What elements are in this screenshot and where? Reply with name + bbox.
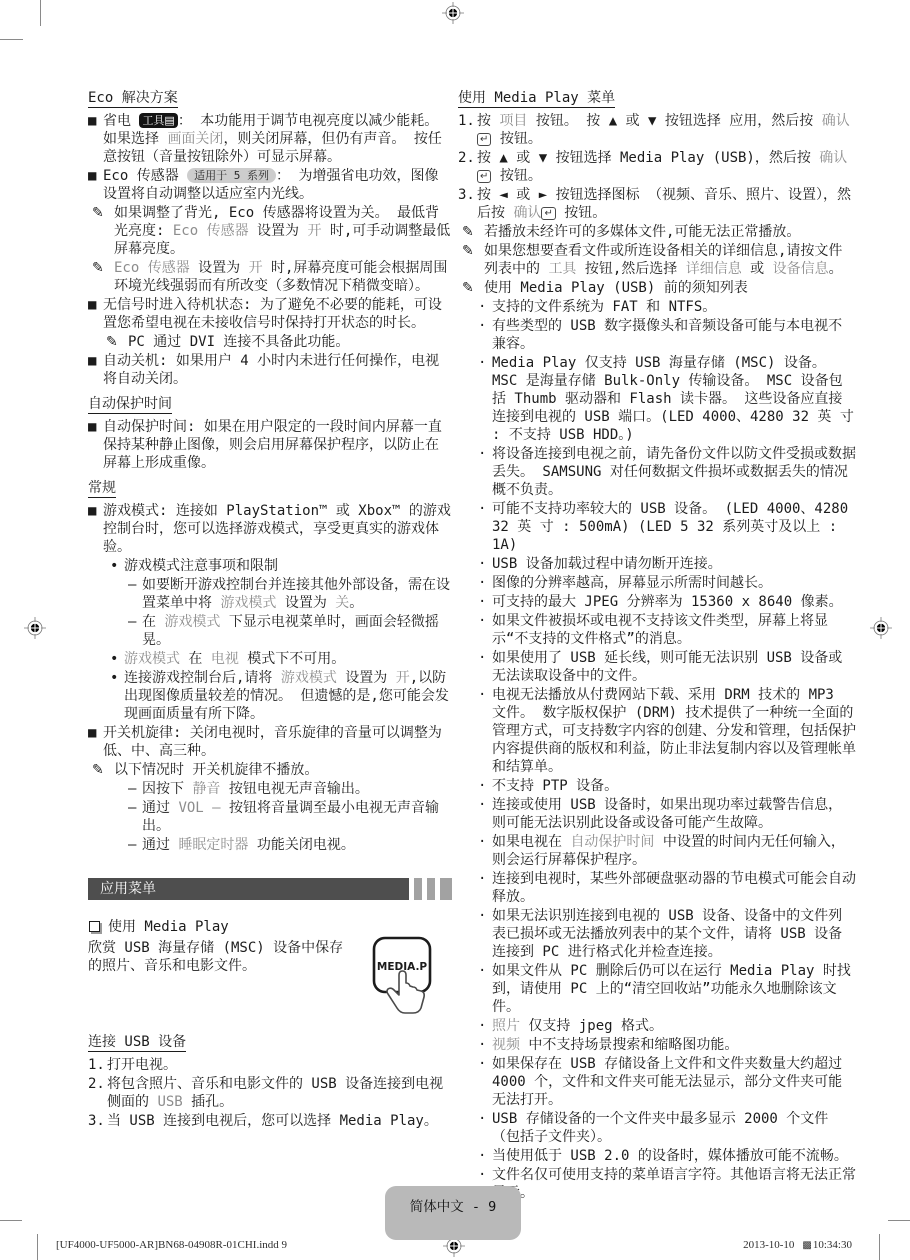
list-item: –通过 睡眠定时器 功能关闭电视。 <box>88 836 452 854</box>
pencil-note-icon: ✎ <box>462 242 484 278</box>
note-item: ✎PC 通过 DVI 连接不具备此功能。 <box>88 333 452 351</box>
list-item-text: PC 通过 DVI 连接不具备此功能。 <box>128 333 452 351</box>
body-text: 按钮,然后选择 <box>576 261 685 277</box>
section-heading: 连接 USB 设备 <box>88 1033 452 1051</box>
list-marker: – <box>128 780 142 798</box>
list-item-text: 可支持的最大 JPEG 分辨率为 15360 x 8640 像素。 <box>492 593 856 611</box>
print-footer: [UF4000-UF5000-AR]BN68-04908R-01CHI.indd… <box>0 1236 910 1256</box>
open-square-bullet-icon <box>88 918 108 937</box>
body-text: 使用 Media Play (USB) 前的须知列表 <box>484 280 748 296</box>
body-text: 无信号时进入待机状态: 为了避免不必要的能耗，可设置您希望电视在未接收信号时保持… <box>103 297 442 331</box>
list-item: –通过 VOL – 按钮将音量调至最小电视无声音输出。 <box>88 799 452 835</box>
list-item: ·如果保存在 USB 存储设备上文件和文件夹数量大约超过 4000 个，文件和文… <box>458 1055 856 1109</box>
list-item-text: 按 ◄ 或 ► 按钮选择图标 （视频、音乐、照片、设置），然后按 确认↵ 按钮。 <box>477 186 856 222</box>
list-item-text: 按 ▲ 或 ▼ 按钮选择 Media Play (USB)，然后按 确认↵ 按钮… <box>477 149 856 185</box>
registration-mark-icon <box>24 617 46 639</box>
body-text: 按钮。 <box>556 205 606 221</box>
body-text: 开关机旋律: 关闭电视时，音乐旋律的音量可以调整为低、中、高三种。 <box>103 725 442 759</box>
list-item-text: 如果使用了 USB 延长线，则可能无法识别 USB 设备或无法读取设备中的文件。 <box>492 649 856 685</box>
list-marker: – <box>128 613 142 649</box>
body-text: 当使用低于 USB 2.0 的设备时，媒体播放可能不流畅。 <box>492 1148 848 1164</box>
menu-term: 画面关闭 <box>167 131 223 147</box>
print-mark-icon: ▩ <box>802 1240 811 1251</box>
list-item-text: 不支持 PTP 设备。 <box>492 777 856 795</box>
list-item: ·有些类型的 USB 数字摄像头和音频设备可能与本电视不兼容。 <box>458 317 856 353</box>
menu-term: 开 <box>249 260 263 276</box>
footer-time: 10:34:30 <box>813 1239 852 1251</box>
section-bar: 应用菜单 <box>88 878 452 900</box>
menu-term: 开 <box>396 670 410 686</box>
list-item-text: 连接到电视时，某些外部硬盘驱动器的节电模式可能会自动释放。 <box>492 870 856 906</box>
body-text: 如果电视在 <box>492 834 570 850</box>
list-item: 2.将包含照片、音乐和电影文件的 USB 设备连接到电视侧面的 USB 插孔。 <box>88 1075 452 1111</box>
list-marker: · <box>478 1017 492 1035</box>
section-heading-label: 常规 <box>88 480 116 498</box>
series-applicability-badge: 适用于 5 系列 <box>187 168 276 183</box>
note-item: ✎如果您想要查看文件或所连设备相关的详细信息,请按文件列表中的 工具 按钮,然后… <box>458 242 856 278</box>
list-item-text: USB 设备加载过程中请勿断开连接。 <box>492 555 856 573</box>
footer-filename: [UF4000-UF5000-AR]BN68-04908R-01CHI.indd… <box>56 1239 287 1251</box>
body-text: 或 <box>742 261 773 277</box>
menu-term: 确认 <box>819 150 847 166</box>
list-item-text: 在 游戏模式 下显示电视菜单时，画面会轻微摇晃。 <box>142 613 452 649</box>
body-text: 游戏模式注意事项和限制 <box>124 558 278 574</box>
pencil-note-icon: ✎ <box>92 259 114 295</box>
body-text: 若播放未经许可的多媒体文件,可能无法正常播放。 <box>484 224 800 240</box>
list-item-text: 将设备连接到电视之前，请先备份文件以防文件受损或数据丢失。 SAMSUNG 对任… <box>492 445 856 499</box>
body-text: 中不支持场景搜索和缩略图功能。 <box>520 1037 738 1053</box>
menu-term: 照片 <box>492 1018 520 1034</box>
body-text: 如果保存在 USB 存储设备上文件和文件夹数量大约超过 4000 个，文件和文件… <box>492 1056 842 1108</box>
page-body: Eco 解决方案■省电 工具▤： 本功能用于调节电视亮度以减少能耗。 如果选择 … <box>88 82 856 1203</box>
list-item: ·可能不支持功率较大的 USB 设备。 (LED 4000、4280 32 英 … <box>458 500 856 554</box>
body-text: 如果无法识别连接到电视的 USB 设备、设备中的文件列表已损坏或无法播放列表中的… <box>492 908 842 960</box>
list-item: ·Media Play 仅支持 USB 海量存储 (MSC) 设备。 MSC 是… <box>458 354 856 444</box>
list-item: ·如果文件被损坏或电视不支持该文件类型，屏幕上将显示“不支持的文件格式”的消息。 <box>458 612 856 648</box>
body-text: 支持的文件系统为 FAT 和 NTFS。 <box>492 299 716 315</box>
list-item-text: Eco 传感器 适用于 5 系列： 为增强省电功效，图像设置将自动调整以适应室内… <box>103 167 452 203</box>
enter-key-icon: ↵ <box>477 133 491 146</box>
list-item: ·如果电视在 自动保护时间 中设置的时间内无任何输入，则会运行屏幕保护程序。 <box>458 833 856 869</box>
list-item-text: 游戏模式: 连接如 PlayStation™ 或 Xbox™ 的游戏控制台时，您… <box>103 502 452 556</box>
footer-date: 2013-10-10 <box>743 1239 794 1251</box>
list-marker: · <box>478 686 492 776</box>
list-item: ·如果无法识别连接到电视的 USB 设备、设备中的文件列表已损坏或无法播放列表中… <box>458 907 856 961</box>
pencil-note-icon: ✎ <box>92 204 114 258</box>
list-item: 3.当 USB 连接到电视后，您可以选择 Media Play。 <box>88 1112 452 1130</box>
section-heading: 使用 Media Play 菜单 <box>458 89 856 107</box>
manual-page: Eco 解决方案■省电 工具▤： 本功能用于调节电视亮度以减少能耗。 如果选择 … <box>0 0 910 1260</box>
enter-key-icon: ↵ <box>477 170 491 183</box>
list-item: ·连接或使用 USB 设备时，如果出现功率过载警告信息，则可能无法识别此设备或设… <box>458 796 856 832</box>
list-item-text: 自动关机: 如果用户 4 小时内未进行任何操作，电视将自动关闭。 <box>103 352 452 388</box>
body-text: 。 <box>349 595 363 611</box>
body-text: 仅支持 jpeg 格式。 <box>520 1018 663 1034</box>
body-text: 按 <box>477 113 499 129</box>
list-item-text: 游戏模式注意事项和限制 <box>124 557 452 575</box>
list-item-text: 如果保存在 USB 存储设备上文件和文件夹数量大约超过 4000 个，文件和文件… <box>492 1055 856 1109</box>
menu-term: 游戏模式 <box>281 670 337 686</box>
list-marker: – <box>128 799 142 835</box>
section-heading: 自动保护时间 <box>88 395 452 413</box>
list-item: ·如果文件从 PC 删除后仍可以在运行 Media Play 时找到，请使用 P… <box>458 962 856 1016</box>
media-play-button-graphic: MEDIA.P <box>366 935 444 1025</box>
body-text: 功能关闭电视。 <box>248 837 354 853</box>
list-marker: · <box>478 317 492 353</box>
tools-key-badge: 工具▤ <box>139 113 177 128</box>
list-marker: · <box>478 649 492 685</box>
menu-term: Eco 传感器 <box>114 260 190 276</box>
list-item-text: 以下情况时 开关机旋律不播放。 <box>114 761 452 779</box>
body-text: 通过 <box>142 800 178 816</box>
list-item-text: 连接或使用 USB 设备时，如果出现功率过载警告信息，则可能无法识别此设备或设备… <box>492 796 856 832</box>
list-item: 3.按 ◄ 或 ► 按钮选择图标 （视频、音乐、照片、设置），然后按 确认↵ 按… <box>458 186 856 222</box>
section-heading: Eco 解决方案 <box>88 89 452 107</box>
list-marker: · <box>478 354 492 444</box>
body-text: 在 <box>142 614 164 630</box>
list-item-text: 电视无法播放从付费网站下载、采用 DRM 技术的 MP3 文件。 数字版权保护 … <box>492 686 856 776</box>
menu-term: 视频 <box>492 1037 520 1053</box>
menu-term: 电视 <box>211 651 239 667</box>
body-text: 模式下不可用。 <box>239 651 345 667</box>
crop-mark <box>0 39 23 40</box>
list-item: ■省电 工具▤： 本功能用于调节电视亮度以减少能耗。 如果选择 画面关闭，则关闭… <box>88 112 452 166</box>
body-text: USB 存储设备的一个文件夹中最多显示 2000 个文件（包括子文件夹）。 <box>492 1111 828 1145</box>
body-text: 当 USB 连接到电视后，您可以选择 Media Play。 <box>107 1113 438 1129</box>
list-marker: ■ <box>88 418 103 472</box>
section-heading-label: 使用 Media Play 菜单 <box>458 90 615 108</box>
body-text: 按钮。 按 ▲ 或 ▼ 按钮选择 应用，然后按 <box>527 113 821 129</box>
list-item-text: Eco 传感器 设置为 开 时,屏幕亮度可能会根据周围环境光线强弱而有所改变（多… <box>114 259 452 295</box>
list-marker: • <box>110 557 124 575</box>
list-marker: · <box>478 1055 492 1109</box>
list-item: ■Eco 传感器 适用于 5 系列： 为增强省电功效，图像设置将自动调整以适应室… <box>88 167 452 203</box>
list-item-text: 当使用低于 USB 2.0 的设备时，媒体播放可能不流畅。 <box>492 1147 856 1165</box>
list-marker: 3. <box>88 1112 107 1130</box>
list-marker: ■ <box>88 352 103 388</box>
menu-term: 关 <box>335 595 349 611</box>
list-item: ·可支持的最大 JPEG 分辨率为 15360 x 8640 像素。 <box>458 593 856 611</box>
body-text: 通过 <box>142 837 178 853</box>
list-marker: · <box>478 612 492 648</box>
list-item-text: 如果文件从 PC 删除后仍可以在运行 Media Play 时找到，请使用 PC… <box>492 962 856 1016</box>
list-marker: 2. <box>458 149 477 185</box>
list-marker: · <box>478 298 492 316</box>
section-bar-stripe <box>440 878 452 900</box>
list-marker: · <box>478 574 492 592</box>
list-item: ·图像的分辨率越高，屏幕显示所需时间越长。 <box>458 574 856 592</box>
list-item-text: 连接游戏控制台后,请将 游戏模式 设置为 开,以防出现图像质量较差的情况。 但遗… <box>124 669 452 723</box>
list-item: 1.按 项目 按钮。 按 ▲ 或 ▼ 按钮选择 应用，然后按 确认↵ 按钮。 <box>458 112 856 148</box>
body-text: 按 ▲ 或 ▼ 按钮选择 Media Play (USB)，然后按 <box>477 150 819 166</box>
list-item: ·支持的文件系统为 FAT 和 NTFS。 <box>458 298 856 316</box>
menu-term: Eco 传感器 <box>173 223 249 239</box>
body-text: 自动关机: 如果用户 4 小时内未进行任何操作，电视将自动关闭。 <box>103 353 439 387</box>
section-bar-stripe <box>414 878 422 900</box>
body-text: 设置为 <box>249 223 308 239</box>
list-item: ·照片 仅支持 jpeg 格式。 <box>458 1017 856 1035</box>
list-item: ·不支持 PTP 设备。 <box>458 777 856 795</box>
pencil-note-icon: ✎ <box>92 761 114 779</box>
list-marker: – <box>128 836 142 854</box>
list-item-text: 游戏模式 在 电视 模式下不可用。 <box>124 650 452 668</box>
section-bar-label: 应用菜单 <box>88 878 409 900</box>
list-item: 2.按 ▲ 或 ▼ 按钮选择 Media Play (USB)，然后按 确认↵ … <box>458 149 856 185</box>
body-text: 图像的分辨率越高，屏幕显示所需时间越长。 <box>492 575 772 591</box>
list-marker: ■ <box>88 112 103 166</box>
body-text: 如果使用了 USB 延长线，则可能无法识别 USB 设备或无法读取设备中的文件。 <box>492 650 842 684</box>
list-item: •游戏模式注意事项和限制 <box>88 557 452 575</box>
crop-mark <box>888 1220 910 1221</box>
list-marker: • <box>110 669 124 723</box>
list-item: •游戏模式 在 电视 模式下不可用。 <box>88 650 452 668</box>
menu-term: 确认 <box>822 113 850 129</box>
list-item: ■自动关机: 如果用户 4 小时内未进行任何操作，电视将自动关闭。 <box>88 352 452 388</box>
body-text: 设置为 <box>190 260 249 276</box>
body-text: 因按下 <box>142 781 192 797</box>
list-item: ·连接到电视时，某些外部硬盘驱动器的节电模式可能会自动释放。 <box>458 870 856 906</box>
list-marker: 1. <box>458 112 477 148</box>
list-item-text: 无信号时进入待机状态: 为了避免不必要的能耗，可设置您希望电视在未接收信号时保持… <box>103 296 452 332</box>
list-item-text: 当 USB 连接到电视后，您可以选择 Media Play。 <box>107 1112 452 1130</box>
list-marker: ■ <box>88 502 103 556</box>
list-marker: · <box>478 907 492 961</box>
body-text: PC 通过 DVI 连接不具备此功能。 <box>128 334 349 350</box>
list-item-text: 图像的分辨率越高，屏幕显示所需时间越长。 <box>492 574 856 592</box>
body-text: 使用 Media Play <box>108 919 229 935</box>
body-text: 插孔。 <box>183 1094 233 1110</box>
list-marker: • <box>110 650 124 668</box>
section-heading: 常规 <box>88 479 452 497</box>
menu-term: 睡眠定时器 <box>178 837 248 853</box>
list-marker: · <box>478 445 492 499</box>
body-text: 省电 <box>103 113 139 129</box>
body-text: 连接到电视时，某些外部硬盘驱动器的节电模式可能会自动释放。 <box>492 871 856 905</box>
body-text: 有些类型的 USB 数字摄像头和音频设备可能与本电视不兼容。 <box>492 318 842 352</box>
body-text: 设置为 <box>337 670 396 686</box>
body-text: 可能不支持功率较大的 USB 设备。 (LED 4000、4280 32 英 寸… <box>492 501 848 553</box>
body-text: 游戏模式: 连接如 PlayStation™ 或 Xbox™ 的游戏控制台时，您… <box>103 503 451 555</box>
list-item-text: 有些类型的 USB 数字摄像头和音频设备可能与本电视不兼容。 <box>492 317 856 353</box>
list-item: –在 游戏模式 下显示电视菜单时，画面会轻微摇晃。 <box>88 613 452 649</box>
body-text: 如果文件被损坏或电视不支持该文件类型，屏幕上将显示“不支持的文件格式”的消息。 <box>492 613 828 647</box>
list-item: ·如果使用了 USB 延长线，则可能无法识别 USB 设备或无法读取设备中的文件… <box>458 649 856 685</box>
list-marker: 1. <box>88 1056 107 1074</box>
list-item-text: 若播放未经许可的多媒体文件,可能无法正常播放。 <box>484 223 856 241</box>
registration-mark-icon <box>442 2 464 24</box>
list-item-text: 如果您想要查看文件或所连设备相关的详细信息,请按文件列表中的 工具 按钮,然后选… <box>484 242 856 278</box>
list-item-text: 如果无法识别连接到电视的 USB 设备、设备中的文件列表已损坏或无法播放列表中的… <box>492 907 856 961</box>
menu-term: 游戏模式 <box>124 651 180 667</box>
list-marker: – <box>128 576 142 612</box>
menu-term: 自动保护时间 <box>570 834 654 850</box>
list-marker: · <box>478 555 492 573</box>
list-item: ·视频 中不支持场景搜索和缩略图功能。 <box>458 1036 856 1054</box>
body-text: 不支持 PTP 设备。 <box>492 778 618 794</box>
section-bar-stripe <box>427 878 435 900</box>
body-text: 按钮电视无声音输出。 <box>220 781 368 797</box>
list-item-text: 因按下 静音 按钮电视无声音输出。 <box>142 780 452 798</box>
menu-term: 静音 <box>192 781 220 797</box>
list-item-text: 自动保护时间: 如果在用户限定的一段时间内屏幕一直保持某种静止图像，则会启用屏幕… <box>103 418 452 472</box>
body-text: 。 <box>829 261 843 277</box>
note-item: ✎若播放未经许可的多媒体文件,可能无法正常播放。 <box>458 223 856 241</box>
section-heading-label: Eco 解决方案 <box>88 90 178 108</box>
body-text: 欣赏 USB 海量存储 (MSC) 设备中保存的照片、音乐和电影文件。 <box>88 940 343 974</box>
note-item: ✎如果调整了背光, Eco 传感器将设置为关。 最低背光亮度: Eco 传感器 … <box>88 204 452 258</box>
list-marker: · <box>478 1036 492 1054</box>
list-item-text: 如果文件被损坏或电视不支持该文件类型，屏幕上将显示“不支持的文件格式”的消息。 <box>492 612 856 648</box>
list-item: ■开关机旋律: 关闭电视时，音乐旋律的音量可以调整为低、中、高三种。 <box>88 724 452 760</box>
body-text: 电视无法播放从付费网站下载、采用 DRM 技术的 MP3 文件。 数字版权保护 … <box>492 687 856 775</box>
list-item-text: 如果调整了背光, Eco 传感器将设置为关。 最低背光亮度: Eco 传感器 设… <box>114 204 452 258</box>
list-item: –如要断开游戏控制台并连接其他外部设备，需在设置菜单中将 游戏模式 设置为 关。 <box>88 576 452 612</box>
body-text: Media Play 仅支持 USB 海量存储 (MSC) 设备。 MSC 是海… <box>492 355 854 443</box>
list-item: ·将设备连接到电视之前，请先备份文件以防文件受损或数据丢失。 SAMSUNG 对… <box>458 445 856 499</box>
list-item: ·USB 设备加载过程中请勿断开连接。 <box>458 555 856 573</box>
list-marker: · <box>478 870 492 906</box>
menu-term: 项目 <box>499 113 527 129</box>
registration-mark-icon <box>870 617 892 639</box>
list-item-text: 通过 VOL – 按钮将音量调至最小电视无声音输出。 <box>142 799 452 835</box>
list-item-text: 照片 仅支持 jpeg 格式。 <box>492 1017 856 1035</box>
list-item-text: 支持的文件系统为 FAT 和 NTFS。 <box>492 298 856 316</box>
body-text: USB 设备加载过程中请勿断开连接。 <box>492 556 722 572</box>
enter-key-icon: ↵ <box>541 207 555 220</box>
menu-term: 工具 <box>548 261 576 277</box>
note-item: ✎以下情况时 开关机旋律不播放。 <box>88 761 452 779</box>
list-item-text: USB 存储设备的一个文件夹中最多显示 2000 个文件（包括子文件夹）。 <box>492 1110 856 1146</box>
list-item-text: 打开电视。 <box>107 1056 452 1074</box>
list-item: ■游戏模式: 连接如 PlayStation™ 或 Xbox™ 的游戏控制台时，… <box>88 502 452 556</box>
list-item-text: 如要断开游戏控制台并连接其他外部设备，需在设置菜单中将 游戏模式 设置为 关。 <box>142 576 452 612</box>
list-marker: · <box>478 1147 492 1165</box>
list-item-text: 将包含照片、音乐和电影文件的 USB 设备连接到电视侧面的 USB 插孔。 <box>107 1075 452 1111</box>
body-text: 将设备连接到电视之前，请先备份文件以防文件受损或数据丢失。 SAMSUNG 对任… <box>492 446 856 498</box>
body-text: 打开电视。 <box>107 1057 177 1073</box>
list-item-text: 按 项目 按钮。 按 ▲ 或 ▼ 按钮选择 应用，然后按 确认↵ 按钮。 <box>477 112 856 148</box>
media-play-intro-text: 欣赏 USB 海量存储 (MSC) 设备中保存的照片、音乐和电影文件。 <box>88 939 356 1025</box>
body-text: Eco 传感器 <box>103 168 187 184</box>
media-play-intro: 欣赏 USB 海量存储 (MSC) 设备中保存的照片、音乐和电影文件。 MEDI… <box>88 939 452 1025</box>
list-marker: · <box>478 593 492 611</box>
list-item: ■无信号时进入待机状态: 为了避免不必要的能耗，可设置您希望电视在未接收信号时保… <box>88 296 452 332</box>
pencil-note-icon: ✎ <box>462 279 484 297</box>
body-text: 按钮。 <box>491 168 541 184</box>
list-item-text: 开关机旋律: 关闭电视时，音乐旋律的音量可以调整为低、中、高三种。 <box>103 724 452 760</box>
list-item-text: Media Play 仅支持 USB 海量存储 (MSC) 设备。 MSC 是海… <box>492 354 856 444</box>
page-number-label: 简体中文 - 9 <box>410 1195 497 1215</box>
menu-term: 游戏模式 <box>220 595 276 611</box>
section-heading-label: 自动保护时间 <box>88 396 172 414</box>
list-marker: · <box>478 777 492 795</box>
list-marker: · <box>478 796 492 832</box>
list-item-text: 省电 工具▤： 本功能用于调节电视亮度以减少能耗。 如果选择 画面关闭，则关闭屏… <box>103 112 452 166</box>
open-square-bullet-icon <box>89 921 100 932</box>
menu-term: USB <box>157 1094 182 1110</box>
note-item: ✎Eco 传感器 设置为 开 时,屏幕亮度可能会根据周围环境光线强弱而有所改变（… <box>88 259 452 295</box>
list-item: 1.打开电视。 <box>88 1056 452 1074</box>
body-text: 以下情况时 开关机旋律不播放。 <box>114 762 318 778</box>
list-marker: ■ <box>88 296 103 332</box>
list-marker: 3. <box>458 186 477 222</box>
list-item-text: 使用 Media Play (USB) 前的须知列表 <box>484 279 856 297</box>
list-marker: · <box>478 962 492 1016</box>
menu-term: 开 <box>307 223 321 239</box>
list-marker: · <box>478 500 492 554</box>
list-item-text: 文件名仅可使用支持的菜单语言字符。其他语言将无法正常显示。 <box>492 1166 856 1202</box>
pencil-note-icon: ✎ <box>106 333 128 351</box>
body-text: 文件名仅可使用支持的菜单语言字符。其他语言将无法正常显示。 <box>492 1167 856 1201</box>
crop-mark <box>0 1220 22 1221</box>
section-heading-label: 连接 USB 设备 <box>88 1034 186 1052</box>
menu-term: VOL – <box>178 800 220 816</box>
list-marker: 2. <box>88 1075 107 1111</box>
list-marker: ■ <box>88 724 103 760</box>
list-item: ·电视无法播放从付费网站下载、采用 DRM 技术的 MP3 文件。 数字版权保护… <box>458 686 856 776</box>
list-marker: · <box>478 833 492 869</box>
list-item-text: 通过 睡眠定时器 功能关闭电视。 <box>142 836 452 854</box>
crop-mark <box>40 0 41 26</box>
menu-term: 游戏模式 <box>164 614 220 630</box>
body-text: 自动保护时间: 如果在用户限定的一段时间内屏幕一直保持某种静止图像，则会启用屏幕… <box>103 419 442 471</box>
list-item-text: 如果电视在 自动保护时间 中设置的时间内无任何输入，则会运行屏幕保护程序。 <box>492 833 856 869</box>
list-marker: ■ <box>88 167 103 203</box>
note-item: ✎使用 Media Play (USB) 前的须知列表 <box>458 279 856 297</box>
body-text: 可支持的最大 JPEG 分辨率为 15360 x 8640 像素。 <box>492 594 843 610</box>
page-number-badge: 简体中文 - 9 <box>385 1186 521 1240</box>
list-item-text: 可能不支持功率较大的 USB 设备。 (LED 4000、4280 32 英 寸… <box>492 500 856 554</box>
left-column: Eco 解决方案■省电 工具▤： 本功能用于调节电视亮度以减少能耗。 如果选择 … <box>88 82 452 1203</box>
list-item: ·USB 存储设备的一个文件夹中最多显示 2000 个文件（包括子文件夹）。 <box>458 1110 856 1146</box>
list-item: •连接游戏控制台后,请将 游戏模式 设置为 开,以防出现图像质量较差的情况。 但… <box>88 669 452 723</box>
menu-term: 设备信息 <box>773 261 829 277</box>
body-text: 连接或使用 USB 设备时，如果出现功率过载警告信息，则可能无法识别此设备或设备… <box>492 797 842 831</box>
menu-term: 确认 <box>513 205 541 221</box>
list-item: –因按下 静音 按钮电视无声音输出。 <box>88 780 452 798</box>
body-text: 在 <box>180 651 211 667</box>
list-item-text: 视频 中不支持场景搜索和缩略图功能。 <box>492 1036 856 1054</box>
menu-term: 详细信息 <box>686 261 742 277</box>
right-column: 使用 Media Play 菜单1.按 项目 按钮。 按 ▲ 或 ▼ 按钮选择 … <box>458 82 856 1203</box>
mediap-key-icon: MEDIA.P <box>366 935 444 1021</box>
body-text: 设置为 <box>276 595 335 611</box>
footer-timestamp: 2013-10-10▩10:34:30 <box>743 1239 852 1251</box>
body-text: 如果文件从 PC 删除后仍可以在运行 Media Play 时找到，请使用 PC… <box>492 963 851 1015</box>
list-marker: · <box>478 1110 492 1146</box>
list-item: ·当使用低于 USB 2.0 的设备时，媒体播放可能不流畅。 <box>458 1147 856 1165</box>
list-item: ■自动保护时间: 如果在用户限定的一段时间内屏幕一直保持某种静止图像，则会启用屏… <box>88 418 452 472</box>
body-text: 连接游戏控制台后,请将 <box>124 670 281 686</box>
body-text: 按钮。 <box>491 131 541 147</box>
pencil-note-icon: ✎ <box>462 223 484 241</box>
